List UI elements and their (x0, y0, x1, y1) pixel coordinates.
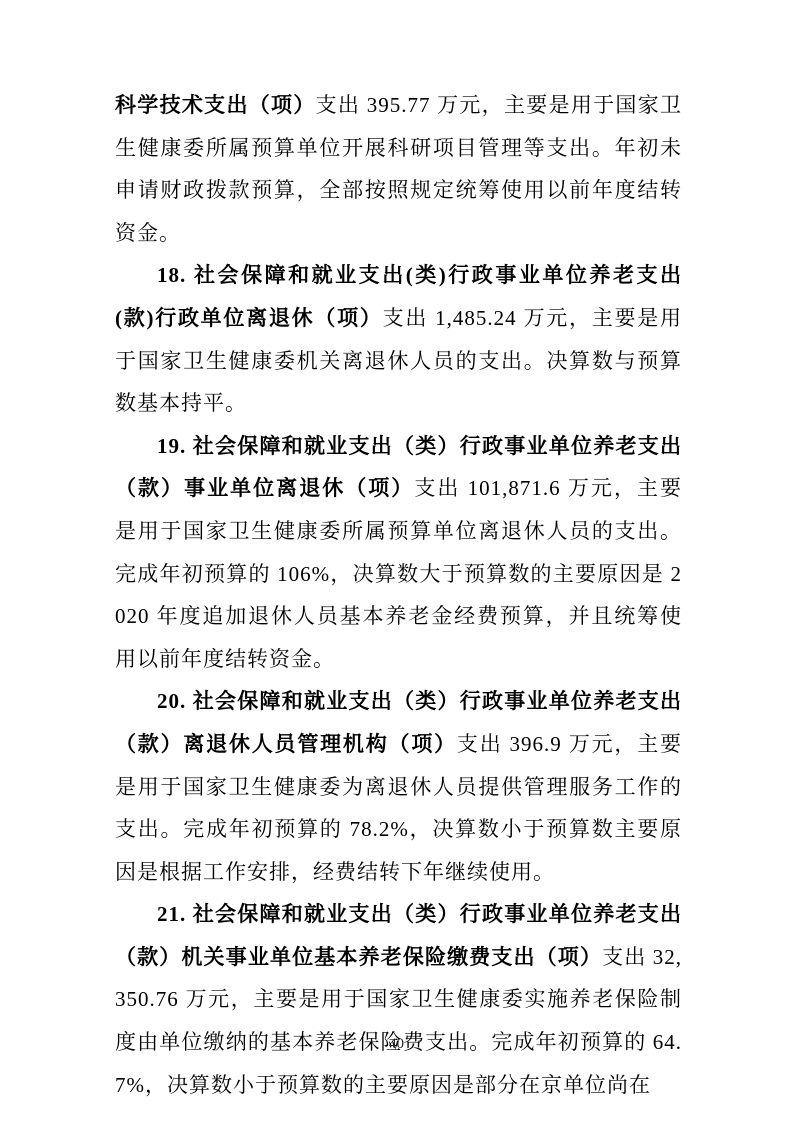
paragraph: 19. 社会保障和就业支出（类）行政事业单位养老支出（款）事业单位离退休（项）支… (115, 425, 682, 681)
page-number: 40 (0, 1036, 793, 1053)
paragraph-heading: 科学技术支出（项） (115, 93, 316, 117)
paragraph: 21. 社会保障和就业支出（类）行政事业单位养老支出（款）机关事业单位基本养老保… (115, 893, 682, 1106)
document-page: 科学技术支出（项）支出 395.77 万元，主要是用于国家卫生健康委所属预算单位… (0, 0, 793, 1122)
document-body: 科学技术支出（项）支出 395.77 万元，主要是用于国家卫生健康委所属预算单位… (115, 84, 682, 1106)
paragraph: 20. 社会保障和就业支出（类）行政事业单位养老支出（款）离退休人员管理机构（项… (115, 680, 682, 893)
paragraph-text: 支出 101,871.6 万元，主要是用于国家卫生健康委所属预算单位离退休人员的… (115, 476, 682, 670)
paragraph: 科学技术支出（项）支出 395.77 万元，主要是用于国家卫生健康委所属预算单位… (115, 84, 682, 254)
paragraph-heading: 21. 社会保障和就业支出（类）行政事业单位养老支出（款）机关事业单位基本养老保… (115, 902, 682, 969)
paragraph: 18. 社会保障和就业支出(类)行政事业单位养老支出(款)行政单位离退休（项）支… (115, 254, 682, 424)
